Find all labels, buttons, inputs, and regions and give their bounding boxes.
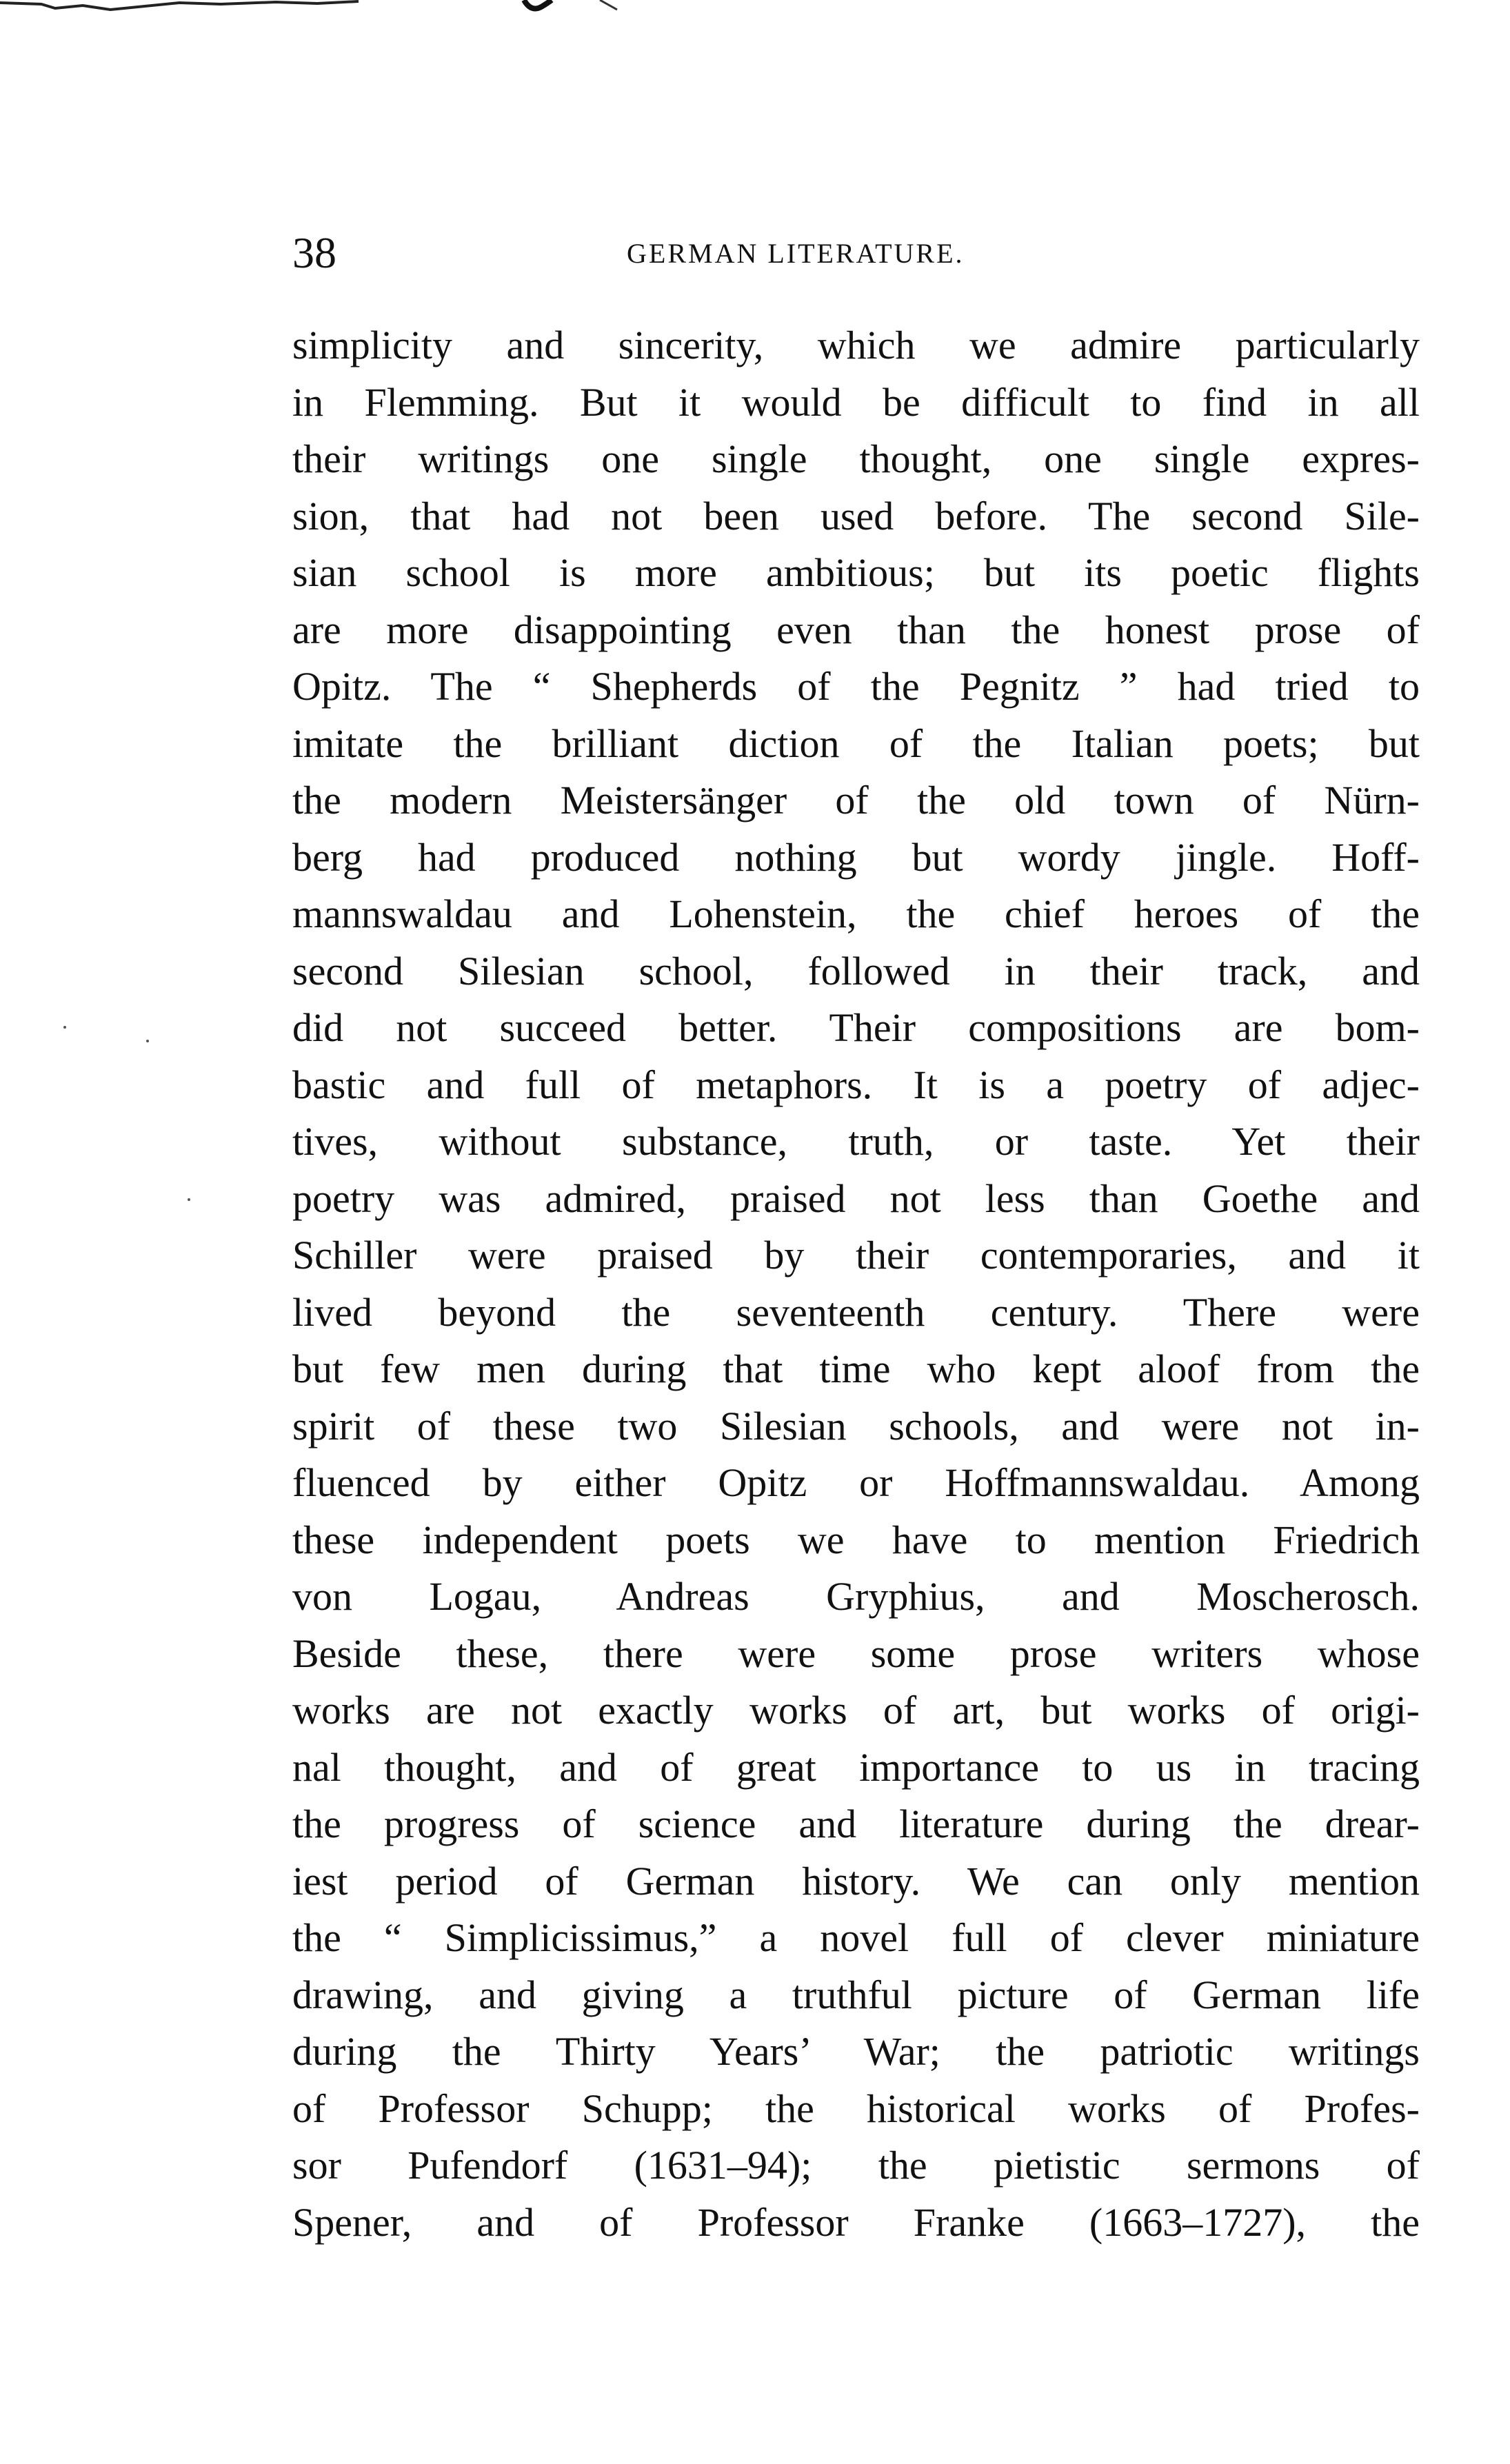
text-line: their writings one single thought, one s… — [292, 431, 1420, 488]
body-paragraph: simplicity and sincerity, which we admir… — [292, 317, 1420, 2251]
scan-smudge — [0, 0, 689, 28]
text-line: mannswaldau and Lohenstein, the chief he… — [292, 886, 1420, 943]
text-line: sion, that had not been used before. The… — [292, 488, 1420, 545]
text-line: sian school is more ambitious; but its p… — [292, 545, 1420, 602]
text-line: Spener, and of Professor Franke (1663–17… — [292, 2194, 1420, 2252]
text-line: but few men during that time who kept al… — [292, 1341, 1420, 1398]
margin-speck — [188, 1198, 190, 1201]
text-line: Schiller were praised by their contempor… — [292, 1227, 1420, 1284]
text-line: Beside these, there were some prose writ… — [292, 1626, 1420, 1683]
margin-speck — [63, 1026, 66, 1029]
text-line: drawing, and giving a truthful picture o… — [292, 1967, 1420, 2024]
text-line: works are not exactly works of art, but … — [292, 1682, 1420, 1739]
text-line: fluenced by either Opitz or Hoffmannswal… — [292, 1455, 1420, 1512]
text-line: of Professor Schupp; the historical work… — [292, 2081, 1420, 2138]
page-header: 38 GERMAN LITERATURE. — [292, 228, 1420, 283]
text-line: tives, without substance, truth, or tast… — [292, 1113, 1420, 1171]
text-line: the progress of science and literature d… — [292, 1796, 1420, 1853]
text-line: nal thought, and of great importance to … — [292, 1739, 1420, 1797]
text-line: did not succeed better. Their compositio… — [292, 1000, 1420, 1057]
text-line: the modern Meistersänger of the old town… — [292, 772, 1420, 829]
text-line: bastic and full of metaphors. It is a po… — [292, 1057, 1420, 1114]
text-line: are more disappointing even than the hon… — [292, 602, 1420, 659]
text-line: von Logau, Andreas Gryphius, and Moscher… — [292, 1568, 1420, 1626]
text-line: sor Pufendorf (1631–94); the pietistic s… — [292, 2137, 1420, 2194]
text-line: during the Thirty Years’ War; the patrio… — [292, 2023, 1420, 2081]
text-line: these independent poets we have to menti… — [292, 1512, 1420, 1569]
text-line: the “ Simplicissimus,” a novel full of c… — [292, 1910, 1420, 1967]
text-line: iest period of German history. We can on… — [292, 1853, 1420, 1910]
text-line: berg had produced nothing but wordy jing… — [292, 829, 1420, 887]
page-number: 38 — [292, 228, 336, 279]
text-line: poetry was admired, praised not less tha… — [292, 1171, 1420, 1228]
text-line: spirit of these two Silesian schools, an… — [292, 1398, 1420, 1455]
margin-speck — [146, 1040, 149, 1042]
text-line: lived beyond the seventeenth century. Th… — [292, 1284, 1420, 1342]
running-title: GERMAN LITERATURE. — [627, 237, 965, 270]
text-line: imitate the brilliant diction of the Ita… — [292, 716, 1420, 773]
text-line: second Silesian school, followed in thei… — [292, 943, 1420, 1000]
text-line: in Flemming. But it would be difficult t… — [292, 374, 1420, 432]
text-line: simplicity and sincerity, which we admir… — [292, 317, 1420, 374]
text-line: Opitz. The “ Shepherds of the Pegnitz ” … — [292, 658, 1420, 716]
